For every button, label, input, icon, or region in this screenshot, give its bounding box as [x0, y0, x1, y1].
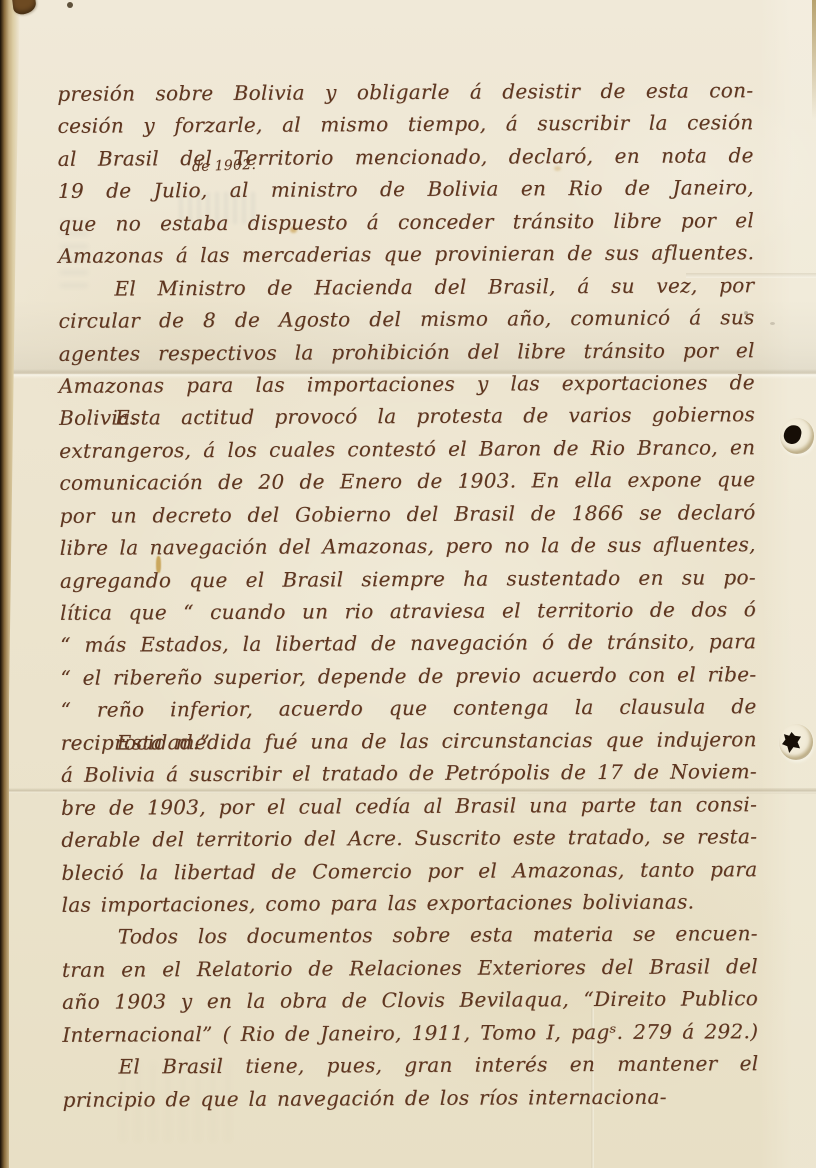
manuscript-line: 19 de Julio, al ministro de Bolivia en R… — [58, 171, 754, 207]
paper-right-edge — [812, 0, 816, 120]
manuscript-line: bre de 1903, por el cual cedía al Brasil… — [61, 788, 757, 824]
manuscript-line: cesión y forzarle, al mismo tiempo, á su… — [57, 107, 753, 143]
manuscript-line: circular de 8 de Agosto del mismo año, c… — [58, 301, 754, 337]
manuscript-line: “ reño inferior, acuerdo que contenga la… — [61, 690, 757, 726]
manuscript-line: El Brasil tiene, pues, gran interés en m… — [62, 1047, 758, 1083]
interlinear-insertion: de 1902. — [192, 157, 257, 175]
manuscript-line: Amazonas á las mercaderias que provinier… — [58, 236, 754, 272]
manuscript-line: á Bolivia á suscribir el tratado de Petr… — [61, 755, 757, 791]
manuscript-line: “ el ribereño superior, depende de previ… — [60, 658, 756, 694]
manuscript-line: bleció la libertad de Comercio por el Am… — [61, 853, 757, 889]
manuscript-line: al Brasil del Territorio mencionado, dec… — [58, 139, 754, 175]
manuscript-line: derable del territorio del Acre. Suscrit… — [61, 820, 757, 856]
manuscript-line: tran en el Relatorio de Relaciones Exter… — [62, 950, 758, 986]
manuscript-line: agregando que el Brasil siempre ha suste… — [60, 561, 756, 597]
punch-hole — [780, 418, 814, 454]
manuscript-line: libre la navegación del Amazonas, pero n… — [60, 528, 756, 564]
manuscript-line: las importaciones, como para las exporta… — [62, 885, 758, 921]
manuscript-line: presión sobre Bolivia y obligarle á desi… — [57, 74, 753, 110]
manuscript-line: principio de que la navegación de los rí… — [63, 1080, 759, 1116]
manuscript-line: año 1903 y en la obra de Clovis Bevilaqu… — [62, 982, 758, 1018]
manuscript-line: Esta actitud provocó la protesta de vari… — [59, 399, 755, 435]
manuscript-line: agentes respectivos la prohibición del l… — [59, 334, 755, 370]
manuscript-line: Todos los documentos sobre esta materia … — [62, 918, 758, 954]
manuscript-line: Internacional” ( Rio de Janeiro, 1911, T… — [62, 1015, 758, 1051]
manuscript-line: que no estaba dispuesto á conceder tráns… — [58, 204, 754, 240]
punch-hole — [779, 724, 813, 760]
manuscript-line: Esta medida fué una de las circunstancia… — [61, 723, 757, 759]
gray-speck — [770, 322, 775, 325]
manuscript-line: comunicación de 20 de Enero de 1903. En … — [59, 463, 755, 499]
manuscript-line: por un decreto del Gobierno del Brasil d… — [59, 496, 755, 532]
manuscript-line: “ más Estados, la libertad de navegación… — [60, 626, 756, 662]
manuscript-text-block: presión sobre Bolivia y obligarle á desi… — [57, 74, 758, 1116]
manuscript-line: lítica que “ cuando un rio atraviesa el … — [60, 593, 756, 629]
dark-speck — [67, 2, 73, 8]
manuscript-line: El Ministro de Hacienda del Brasil, á su… — [58, 269, 754, 305]
manuscript-line: Amazonas para las importaciones y las ex… — [59, 366, 755, 402]
manuscript-line: extrangeros, á los cuales contestó el Ba… — [59, 431, 755, 467]
